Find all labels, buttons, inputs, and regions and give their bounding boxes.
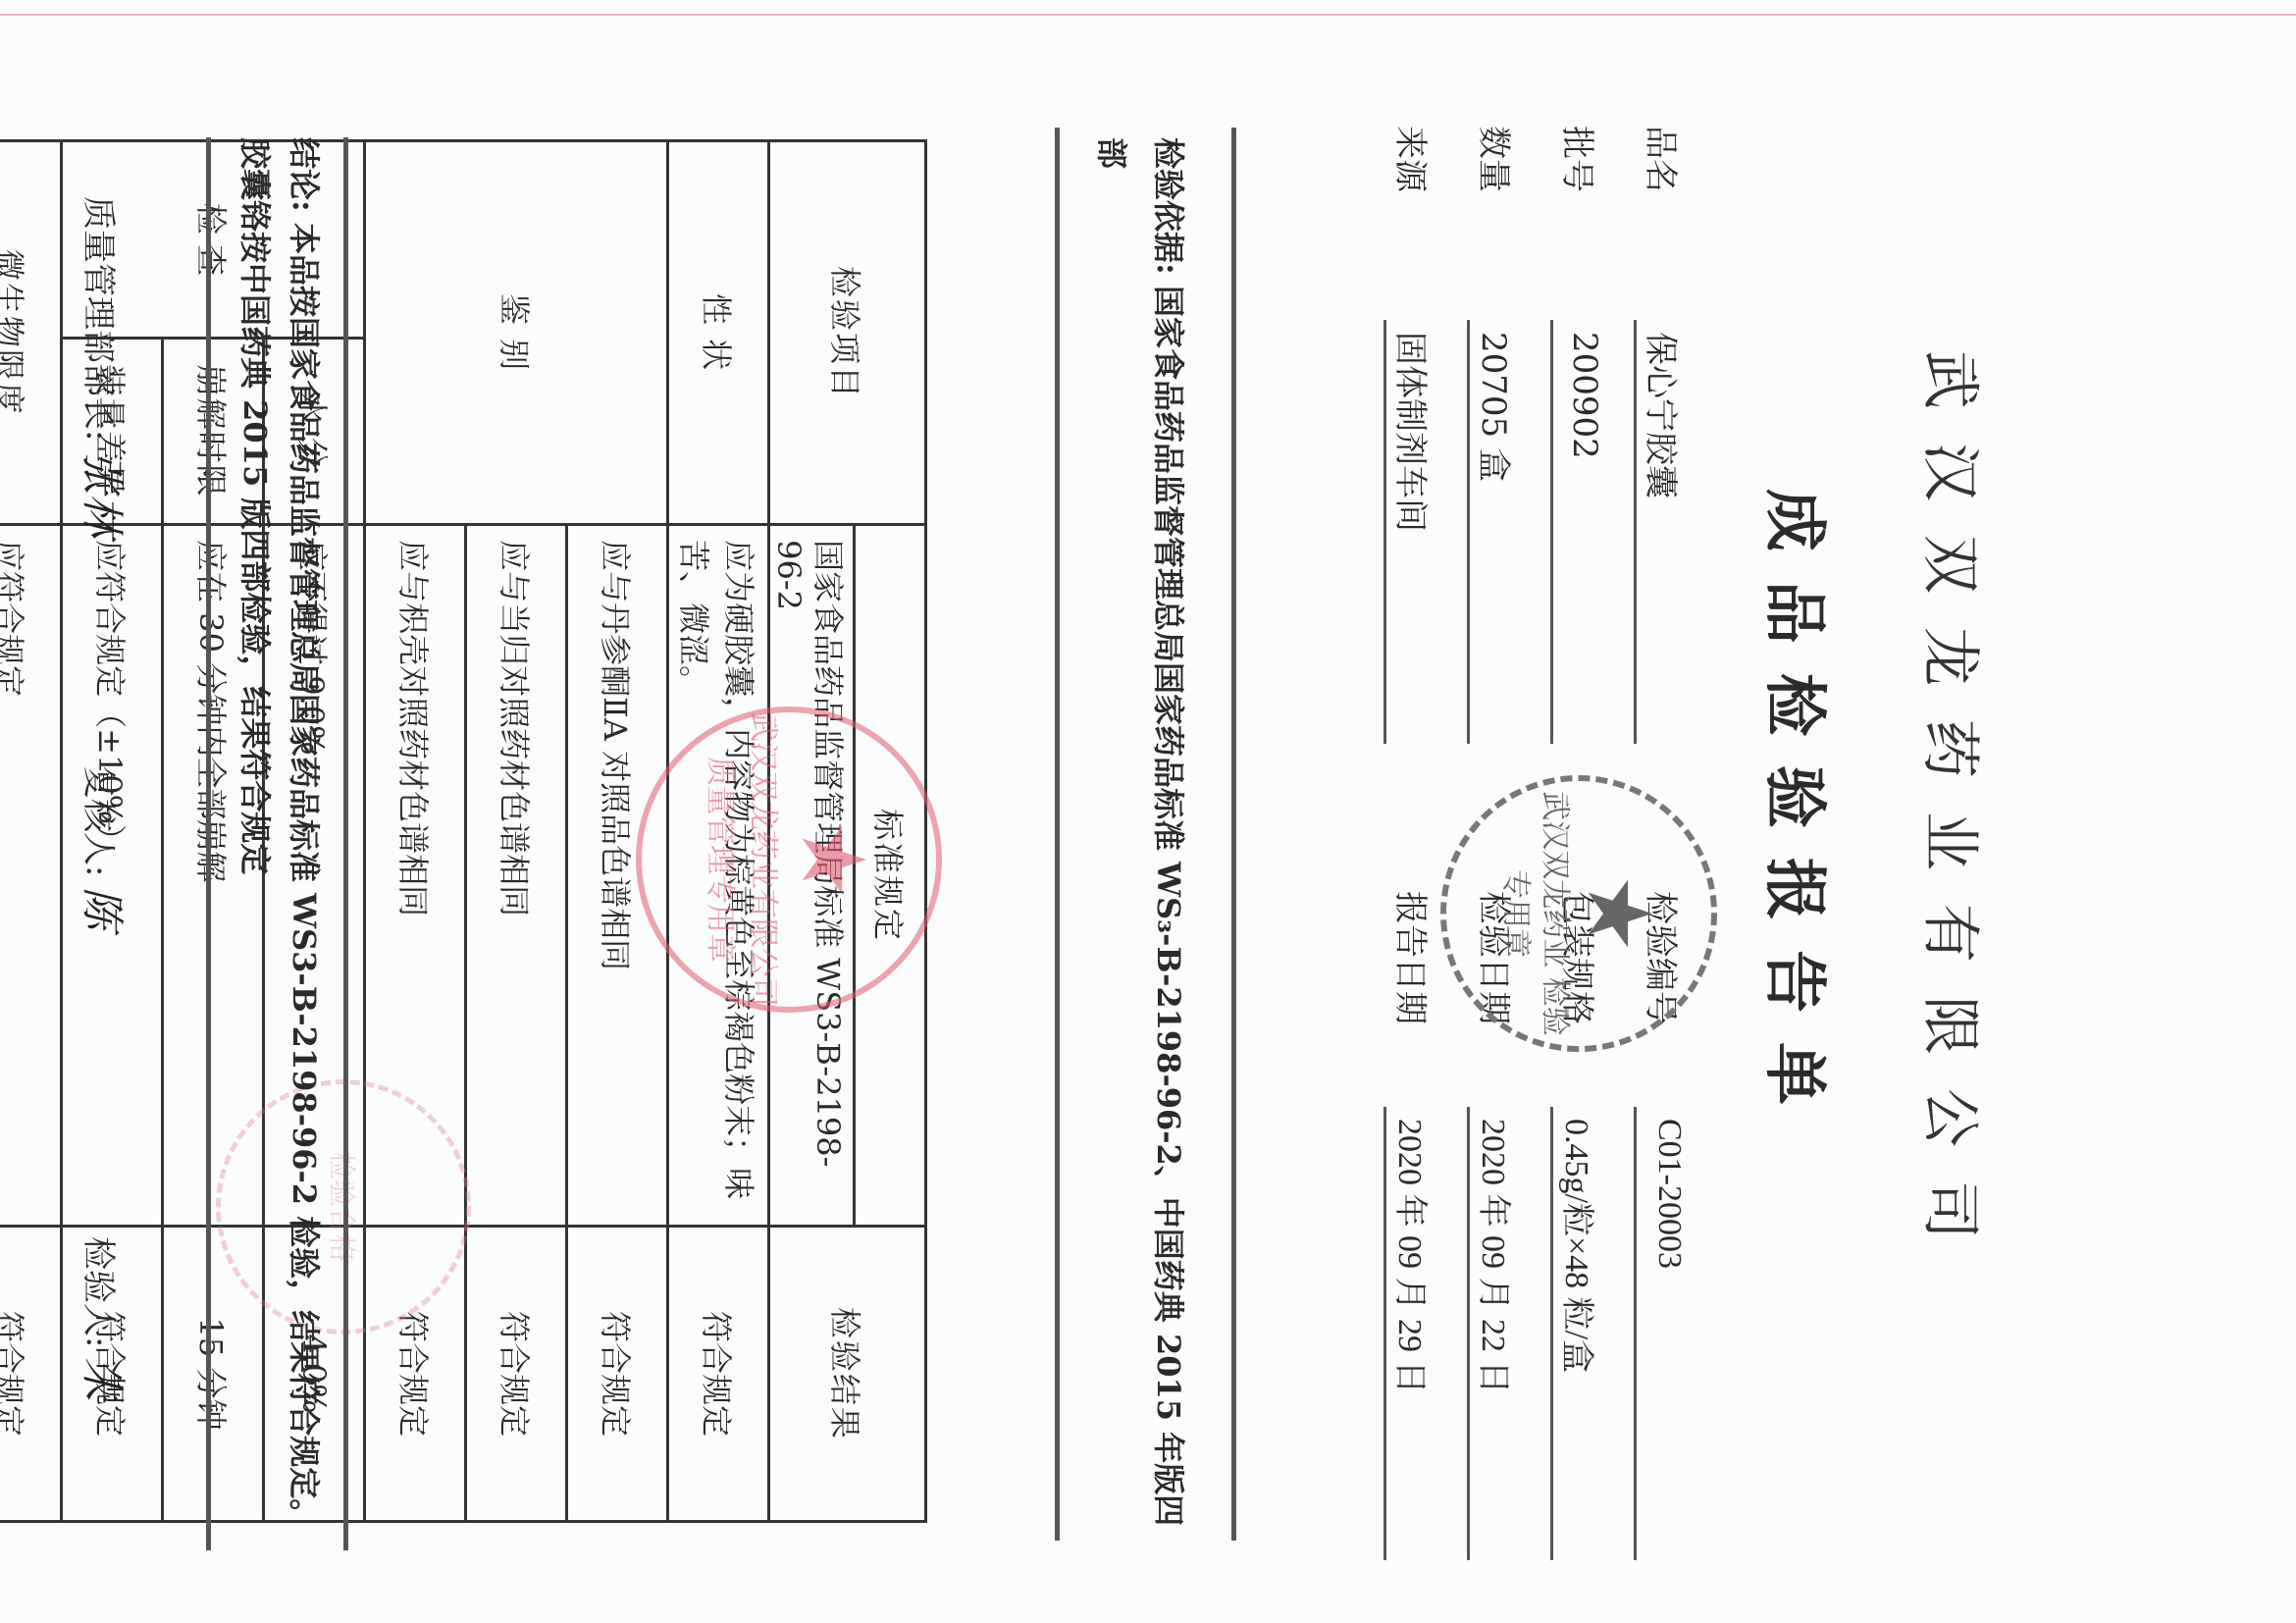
quantity-value: 20705 盒 bbox=[1467, 320, 1521, 744]
item-cell: 性 状 bbox=[668, 141, 769, 525]
divider bbox=[206, 137, 211, 1550]
report-no-value: C01-20003 bbox=[1634, 1107, 1688, 1560]
group-cell: 鉴 别 bbox=[365, 141, 668, 525]
divider bbox=[1231, 128, 1236, 1541]
standard-cell: 应与当归对照药材色谱相同 bbox=[466, 525, 567, 1227]
inspection-basis: 检验依据: 国家食品药品监督管理总局国家药品标准 WS₃-B-2198-96-2… bbox=[1083, 137, 1197, 1531]
result-cell: 符合规定 bbox=[567, 1227, 668, 1522]
handwritten-signature: 张林 bbox=[77, 450, 127, 537]
star-icon: ★ bbox=[788, 712, 876, 1007]
star-icon: ★ bbox=[1574, 781, 1662, 1046]
result-cell: 符合规定 bbox=[668, 1227, 769, 1522]
batch-value: 200902 bbox=[1550, 320, 1604, 744]
product-name-value: 保心宁胶囊 bbox=[1634, 320, 1688, 744]
company-red-stamp: ★武汉双龙药业有限公司 质量管理专用章 bbox=[636, 707, 942, 1013]
divider bbox=[343, 137, 348, 1550]
result-cell: 符合规定 bbox=[0, 1227, 62, 1522]
inspector-signature: 检验人:朱 bbox=[75, 1236, 137, 1400]
conclusion-text: 本品按国家食品药品监督管理总局国家药品标准 WS3-B-2198-96-2 检验… bbox=[236, 137, 323, 1530]
info-row-4: 来源 固体制剂车间 报告日期 2020 年 09 月 29 日 bbox=[1369, 126, 1437, 1558]
item-cell: 微生物限度 bbox=[0, 141, 62, 525]
conclusion: 结论: 本品按国家食品药品监督管理总局国家药品标准 WS3-B-2198-96-… bbox=[231, 137, 329, 1541]
report-date-value: 2020 年 09 月 29 日 bbox=[1383, 1107, 1437, 1560]
basis-text: 国家食品药品监督管理总局国家药品标准 WS₃-B-2198-96-2、中国药典 … bbox=[1093, 137, 1187, 1526]
header-result: 检验结果 bbox=[769, 1227, 926, 1522]
handwritten-signature: 朱 bbox=[77, 1357, 127, 1400]
test-date-value: 2020 年 09 月 22 日 bbox=[1467, 1107, 1521, 1560]
inspection-report-page: 武汉双龙药业有限公司 成品检验报告单 品名 保心宁胶囊 检验编号 C01-200… bbox=[0, 0, 2296, 1623]
product-name-label: 品名 bbox=[1640, 126, 1688, 283]
result-cell: 符合规定 bbox=[466, 1227, 567, 1522]
quantity-label: 数量 bbox=[1473, 126, 1521, 283]
reviewer-signature: 复核人:陈 bbox=[75, 765, 137, 929]
spec-value: 0.45g/粒×48 粒/盒 bbox=[1550, 1107, 1604, 1560]
batch-label: 批号 bbox=[1556, 126, 1604, 283]
qa-head-signature: 质量管理部部长:张林 bbox=[75, 196, 137, 537]
basis-label: 检验依据: bbox=[1150, 137, 1187, 275]
qc-stamp: ★武汉双龙药业 检验专用章 bbox=[1440, 775, 1717, 1052]
scanned-page-frame: 武汉双龙药业有限公司 成品检验报告单 品名 保心宁胶囊 检验编号 C01-200… bbox=[0, 0, 2296, 1623]
divider bbox=[1055, 128, 1060, 1541]
source-label: 来源 bbox=[1389, 126, 1437, 283]
conclusion-label: 结论: bbox=[286, 137, 323, 212]
table-row: 微生物限度 应符合规定 符合规定 bbox=[0, 141, 62, 1522]
source-value: 固体制剂车间 bbox=[1383, 320, 1437, 744]
report-title: 成品检验报告单 bbox=[1754, 0, 1845, 1623]
company-name: 武汉双龙药业有限公司 bbox=[1912, 0, 1997, 1623]
header-item: 检验项目 bbox=[769, 141, 926, 525]
report-date-label: 报告日期 bbox=[1389, 891, 1437, 1048]
handwritten-signature: 陈 bbox=[77, 886, 127, 929]
standard-cell: 应符合规定 bbox=[0, 525, 62, 1227]
